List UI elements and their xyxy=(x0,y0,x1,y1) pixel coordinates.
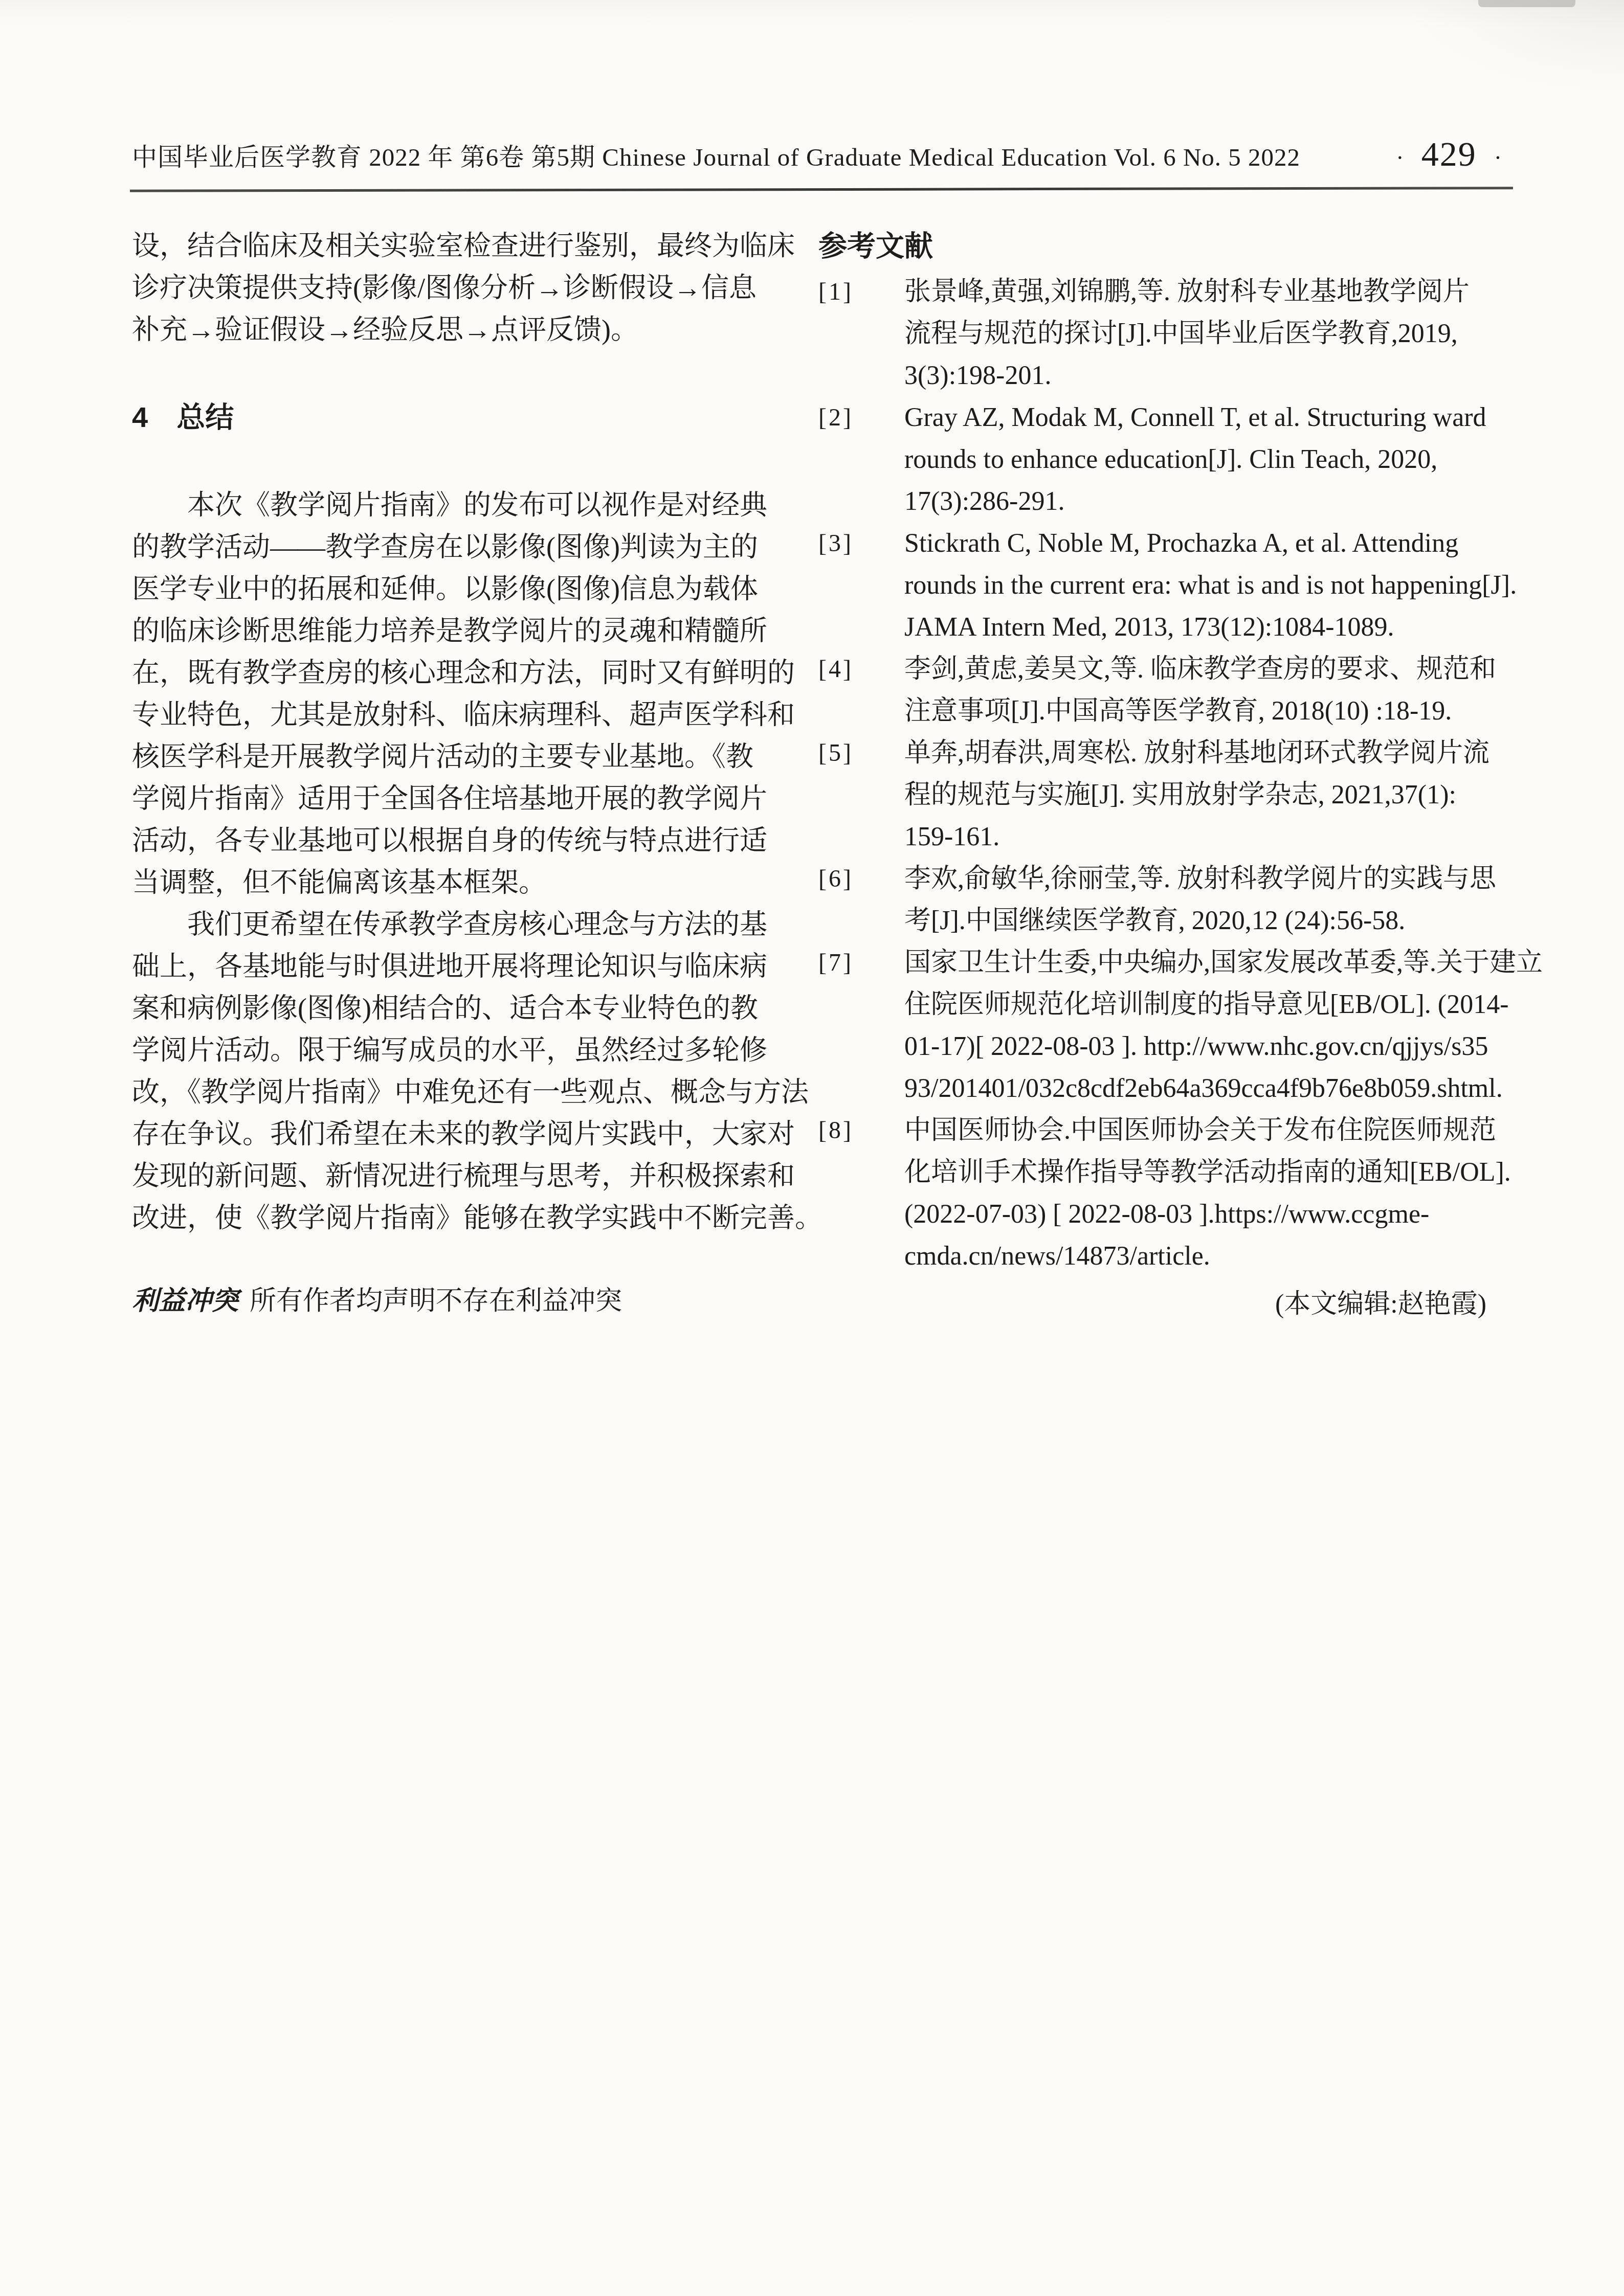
text-line: 设，结合临床及相关实验室检查进行鉴别，最终为临床 xyxy=(132,225,807,267)
editor-note: (本文编辑:赵艳霞) xyxy=(818,1284,1519,1325)
text-line: 张景峰,黄强,刘锦鹏,等. 放射科专业基地教学阅片 xyxy=(904,271,1519,313)
text-line: Gray AZ, Modak M, Connell T, et al. Stru… xyxy=(904,397,1519,439)
reference-item-5: [5] 单奔,胡春洪,周寒松. 放射科基地闭环式教学阅片流 程的规范与实施[J]… xyxy=(818,732,1519,858)
text-line: 学阅片指南》适用于全国各住培基地开展的教学阅片 xyxy=(132,778,807,820)
reference-item-3: [3] Stickrath C, Noble M, Prochazka A, e… xyxy=(818,523,1519,648)
page-number: 429 xyxy=(1421,134,1477,174)
text-line: (2022-07-03) [ 2022-08-03 ].https://www.… xyxy=(904,1194,1519,1235)
text-line: 改，《教学阅片指南》中难免还有一些观点、概念与方法 xyxy=(132,1071,807,1113)
conflict-label: 利益冲突 xyxy=(132,1286,238,1316)
text-line: JAMA Intern Med, 2013, 173(12):1084-1089… xyxy=(904,606,1519,648)
text-line: 本次《教学阅片指南》的发布可以视作是对经典 xyxy=(132,484,807,526)
reference-body: 李欢,俞敏华,徐丽莹,等. 放射科教学阅片的实践与思 考[J].中国继续医学教育… xyxy=(904,858,1519,942)
text-line: 存在争议。我们希望在未来的教学阅片实践中，大家对 xyxy=(132,1113,807,1155)
text-line: 学阅片活动。限于编写成员的水平，虽然经过多轮修 xyxy=(132,1029,807,1071)
reference-number: [6] xyxy=(818,858,904,900)
text-line: 活动，各专业基地可以根据自身的传统与特点进行适 xyxy=(132,820,807,862)
reference-body: Gray AZ, Modak M, Connell T, et al. Stru… xyxy=(904,397,1519,523)
text-line: 医学专业中的拓展和延伸。以影像(图像)信息为载体 xyxy=(132,568,807,610)
reference-item-8: [8] 中国医师协会.中国医师协会关于发布住院医师规范 化培训手术操作指导等教学… xyxy=(818,1110,1519,1277)
text-line: 当调整，但不能偏离该基本框架。 xyxy=(132,862,807,904)
text-line: 的临床诊断思维能力培养是教学阅片的灵魂和精髓所 xyxy=(132,610,807,652)
text-line: 的教学活动——教学查房在以影像(图像)判读为主的 xyxy=(132,526,807,568)
text-line: 李欢,俞敏华,徐丽莹,等. 放射科教学阅片的实践与思 xyxy=(904,858,1519,900)
reference-number: [3] xyxy=(818,523,904,565)
paragraph-continuation: 设，结合临床及相关实验室检查进行鉴别，最终为临床 诊疗决策提供支持(影像/图像分… xyxy=(132,225,807,351)
journal-page: 中国毕业后医学教育 2022 年 第6卷 第5期 Chinese Journal… xyxy=(0,0,1624,2296)
reference-item-2: [2] Gray AZ, Modak M, Connell T, et al. … xyxy=(818,397,1519,523)
reference-item-6: [6] 李欢,俞敏华,徐丽莹,等. 放射科教学阅片的实践与思 考[J].中国继续… xyxy=(818,858,1519,942)
text-line: 17(3):286-291. xyxy=(904,481,1519,523)
reference-body: 单奔,胡春洪,周寒松. 放射科基地闭环式教学阅片流 程的规范与实施[J]. 实用… xyxy=(904,732,1519,858)
folio: · 429 · xyxy=(1378,134,1519,174)
text-line: 发现的新问题、新情况进行梳理与思考，并积极探索和 xyxy=(132,1155,807,1197)
reference-number: [8] xyxy=(818,1110,904,1152)
section-number: 4 xyxy=(132,401,148,433)
reference-number: [4] xyxy=(818,648,904,690)
text-line: 01-17)[ 2022-08-03 ]. http://www.nhc.gov… xyxy=(904,1026,1519,1068)
folio-dot-right: · xyxy=(1494,144,1502,171)
text-line: 在，既有教学查房的核心理念和方法，同时又有鲜明的 xyxy=(132,652,807,694)
text-line: 3(3):198-201. xyxy=(904,355,1519,397)
reference-number: [7] xyxy=(818,942,904,984)
text-line: 程的规范与实施[J]. 实用放射学杂志, 2021,37(1): xyxy=(904,774,1519,816)
references-section: 参考文献 [1] 张景峰,黄强,刘锦鹏,等. 放射科专业基地教学阅片 流程与规范… xyxy=(818,225,1519,1325)
scan-artifact xyxy=(1478,0,1575,7)
reference-body: 李剑,黄虑,姜昊文,等. 临床教学查房的要求、规范和 注意事项[J].中国高等医… xyxy=(904,648,1519,732)
text-line: 93/201401/032c8cdf2eb64a369cca4f9b76e8b0… xyxy=(904,1068,1519,1110)
text-line: rounds in the current era: what is and i… xyxy=(904,565,1519,606)
reference-body: Stickrath C, Noble M, Prochazka A, et al… xyxy=(904,523,1519,648)
text-line: 础上，各基地能与时俱进地开展将理论知识与临床病 xyxy=(132,946,807,987)
section-heading-summary: 4总结 xyxy=(132,396,807,438)
text-line: 考[J].中国继续医学教育, 2020,12 (24):56-58. xyxy=(904,900,1519,942)
reference-body: 张景峰,黄强,刘锦鹏,等. 放射科专业基地教学阅片 流程与规范的探讨[J].中国… xyxy=(904,271,1519,397)
text-line: 案和病例影像(图像)相结合的、适合本专业特色的教 xyxy=(132,987,807,1029)
text-line: 159-161. xyxy=(904,816,1519,858)
text-line: 专业特色，尤其是放射科、临床病理科、超声医学科和 xyxy=(132,694,807,736)
reference-body: 国家卫生计生委,中央编办,国家发展改革委,等.关于建立 住院医师规范化培训制度的… xyxy=(904,942,1519,1110)
text-line: 中国医师协会.中国医师协会关于发布住院医师规范 xyxy=(904,1110,1519,1152)
section-title: 总结 xyxy=(176,401,234,433)
text-line: 我们更希望在传承教学查房核心理念与方法的基 xyxy=(132,904,807,946)
text-line: 诊疗决策提供支持(影像/图像分析→诊断假设→信息 xyxy=(132,267,807,309)
reference-body: 中国医师协会.中国医师协会关于发布住院医师规范 化培训手术操作指导等教学活动指南… xyxy=(904,1110,1519,1277)
reference-number: [1] xyxy=(818,271,904,313)
reference-item-4: [4] 李剑,黄虑,姜昊文,等. 临床教学查房的要求、规范和 注意事项[J].中… xyxy=(818,648,1519,732)
text-line: 流程与规范的探讨[J].中国毕业后医学教育,2019, xyxy=(904,313,1519,355)
text-line: 补充→验证假设→经验反思→点评反馈)。 xyxy=(132,309,807,351)
text-line: Stickrath C, Noble M, Prochazka A, et al… xyxy=(904,523,1519,565)
text-line: 改进，使《教学阅片指南》能够在教学实践中不断完善。 xyxy=(132,1197,807,1239)
text-line: 注意事项[J].中国高等医学教育, 2018(10) :18-19. xyxy=(904,690,1519,732)
text-line: rounds to enhance education[J]. Clin Tea… xyxy=(904,439,1519,481)
references-heading: 参考文献 xyxy=(818,225,1519,267)
conflict-text: 所有作者均声明不存在利益冲突 xyxy=(250,1287,622,1316)
text-line: 单奔,胡春洪,周寒松. 放射科基地闭环式教学阅片流 xyxy=(904,732,1519,774)
summary-paragraph-1: 本次《教学阅片指南》的发布可以视作是对经典 的教学活动——教学查房在以影像(图像… xyxy=(132,484,807,904)
journal-title-line: 中国毕业后医学教育 2022 年 第6卷 第5期 Chinese Journal… xyxy=(132,138,1300,173)
text-line: 化培训手术操作指导等教学活动指南的通知[EB/OL]. xyxy=(904,1152,1519,1194)
text-line: cmda.cn/news/14873/article. xyxy=(904,1235,1519,1277)
summary-paragraph-2: 我们更希望在传承教学查房核心理念与方法的基 础上，各基地能与时俱进地开展将理论知… xyxy=(132,904,807,1239)
left-column: 设，结合临床及相关实验室检查进行鉴别，最终为临床 诊疗决策提供支持(影像/图像分… xyxy=(132,225,807,1322)
text-line: 李剑,黄虑,姜昊文,等. 临床教学查房的要求、规范和 xyxy=(904,648,1519,690)
reference-item-7: [7] 国家卫生计生委,中央编办,国家发展改革委,等.关于建立 住院医师规范化培… xyxy=(818,942,1519,1110)
header-rule xyxy=(130,187,1513,192)
reference-number: [5] xyxy=(818,732,904,774)
reference-number: [2] xyxy=(818,397,904,439)
folio-dot-left: · xyxy=(1396,144,1404,171)
text-line: 住院医师规范化培训制度的指导意见[EB/OL]. (2014- xyxy=(904,984,1519,1026)
conflict-of-interest-statement: 利益冲突所有作者均声明不存在利益冲突 xyxy=(132,1280,807,1322)
text-line: 核医学科是开展教学阅片活动的主要专业基地。《教 xyxy=(132,736,807,778)
running-head: 中国毕业后医学教育 2022 年 第6卷 第5期 Chinese Journal… xyxy=(132,134,1519,174)
reference-item-1: [1] 张景峰,黄强,刘锦鹏,等. 放射科专业基地教学阅片 流程与规范的探讨[J… xyxy=(818,271,1519,397)
text-line: 国家卫生计生委,中央编办,国家发展改革委,等.关于建立 xyxy=(904,942,1519,984)
